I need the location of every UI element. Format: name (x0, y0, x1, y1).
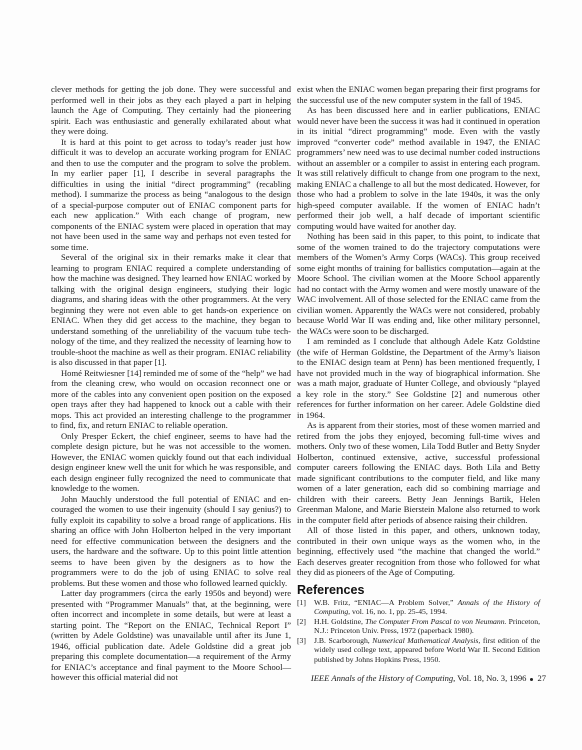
paragraph: All of those listed in this paper, and o… (297, 525, 540, 578)
paragraph: exist when the ENIAC women began prepari… (297, 84, 540, 105)
paragraph: It is hard at this point to get across t… (51, 137, 291, 253)
paragraph: Only Presper Eckert, the chief engineer,… (51, 431, 291, 494)
bullet-icon (530, 678, 533, 681)
reference-item: [3] J.B. Scarborough, Numerical Mathemat… (297, 636, 540, 665)
reference-text: H.H. Goldstine, The Computer From Pascal… (314, 617, 540, 636)
paragraph: I am reminded as I conclude that althoug… (297, 336, 540, 420)
paragraph: John Mauchly understood the full potenti… (51, 494, 291, 589)
page-number: 27 (537, 673, 546, 683)
reference-item: [2] H.H. Goldstine, The Computer From Pa… (297, 617, 540, 636)
reference-item: [1] W.B. Fritz, “ENIAC—A Problem Solver,… (297, 598, 540, 617)
journal-title: IEEE Annals of the History of Computing (311, 673, 453, 683)
paragraph: Nothing has been said in this paper, to … (297, 231, 540, 336)
paragraph: As has been discussed here and in earlie… (297, 105, 540, 231)
left-column: clever methods for getting the job done.… (51, 84, 291, 683)
reference-text: J.B. Scarborough, Numerical Mathematical… (314, 636, 540, 665)
reference-number: [2] (297, 617, 314, 636)
paragraph: clever methods for getting the job done.… (51, 84, 291, 137)
paragraph: Several of the original six in their rem… (51, 252, 291, 368)
reference-text: W.B. Fritz, “ENIAC—A Problem Solver,” An… (314, 598, 540, 617)
reference-number: [3] (297, 636, 314, 665)
paragraph: Homé Reitwiesner [14] reminded me of som… (51, 368, 291, 431)
journal-issue: , Vol. 18, No. 3, 1996 (453, 673, 526, 683)
journal-page: clever methods for getting the job done.… (0, 0, 582, 750)
reference-number: [1] (297, 598, 314, 617)
references-heading: References (297, 583, 540, 597)
paragraph: Latter day programmers (circa the early … (51, 588, 291, 683)
page-footer: IEEE Annals of the History of Computing,… (286, 673, 546, 683)
paragraph: As is apparent from their stories, most … (297, 420, 540, 525)
right-column: exist when the ENIAC women began prepari… (297, 84, 540, 664)
